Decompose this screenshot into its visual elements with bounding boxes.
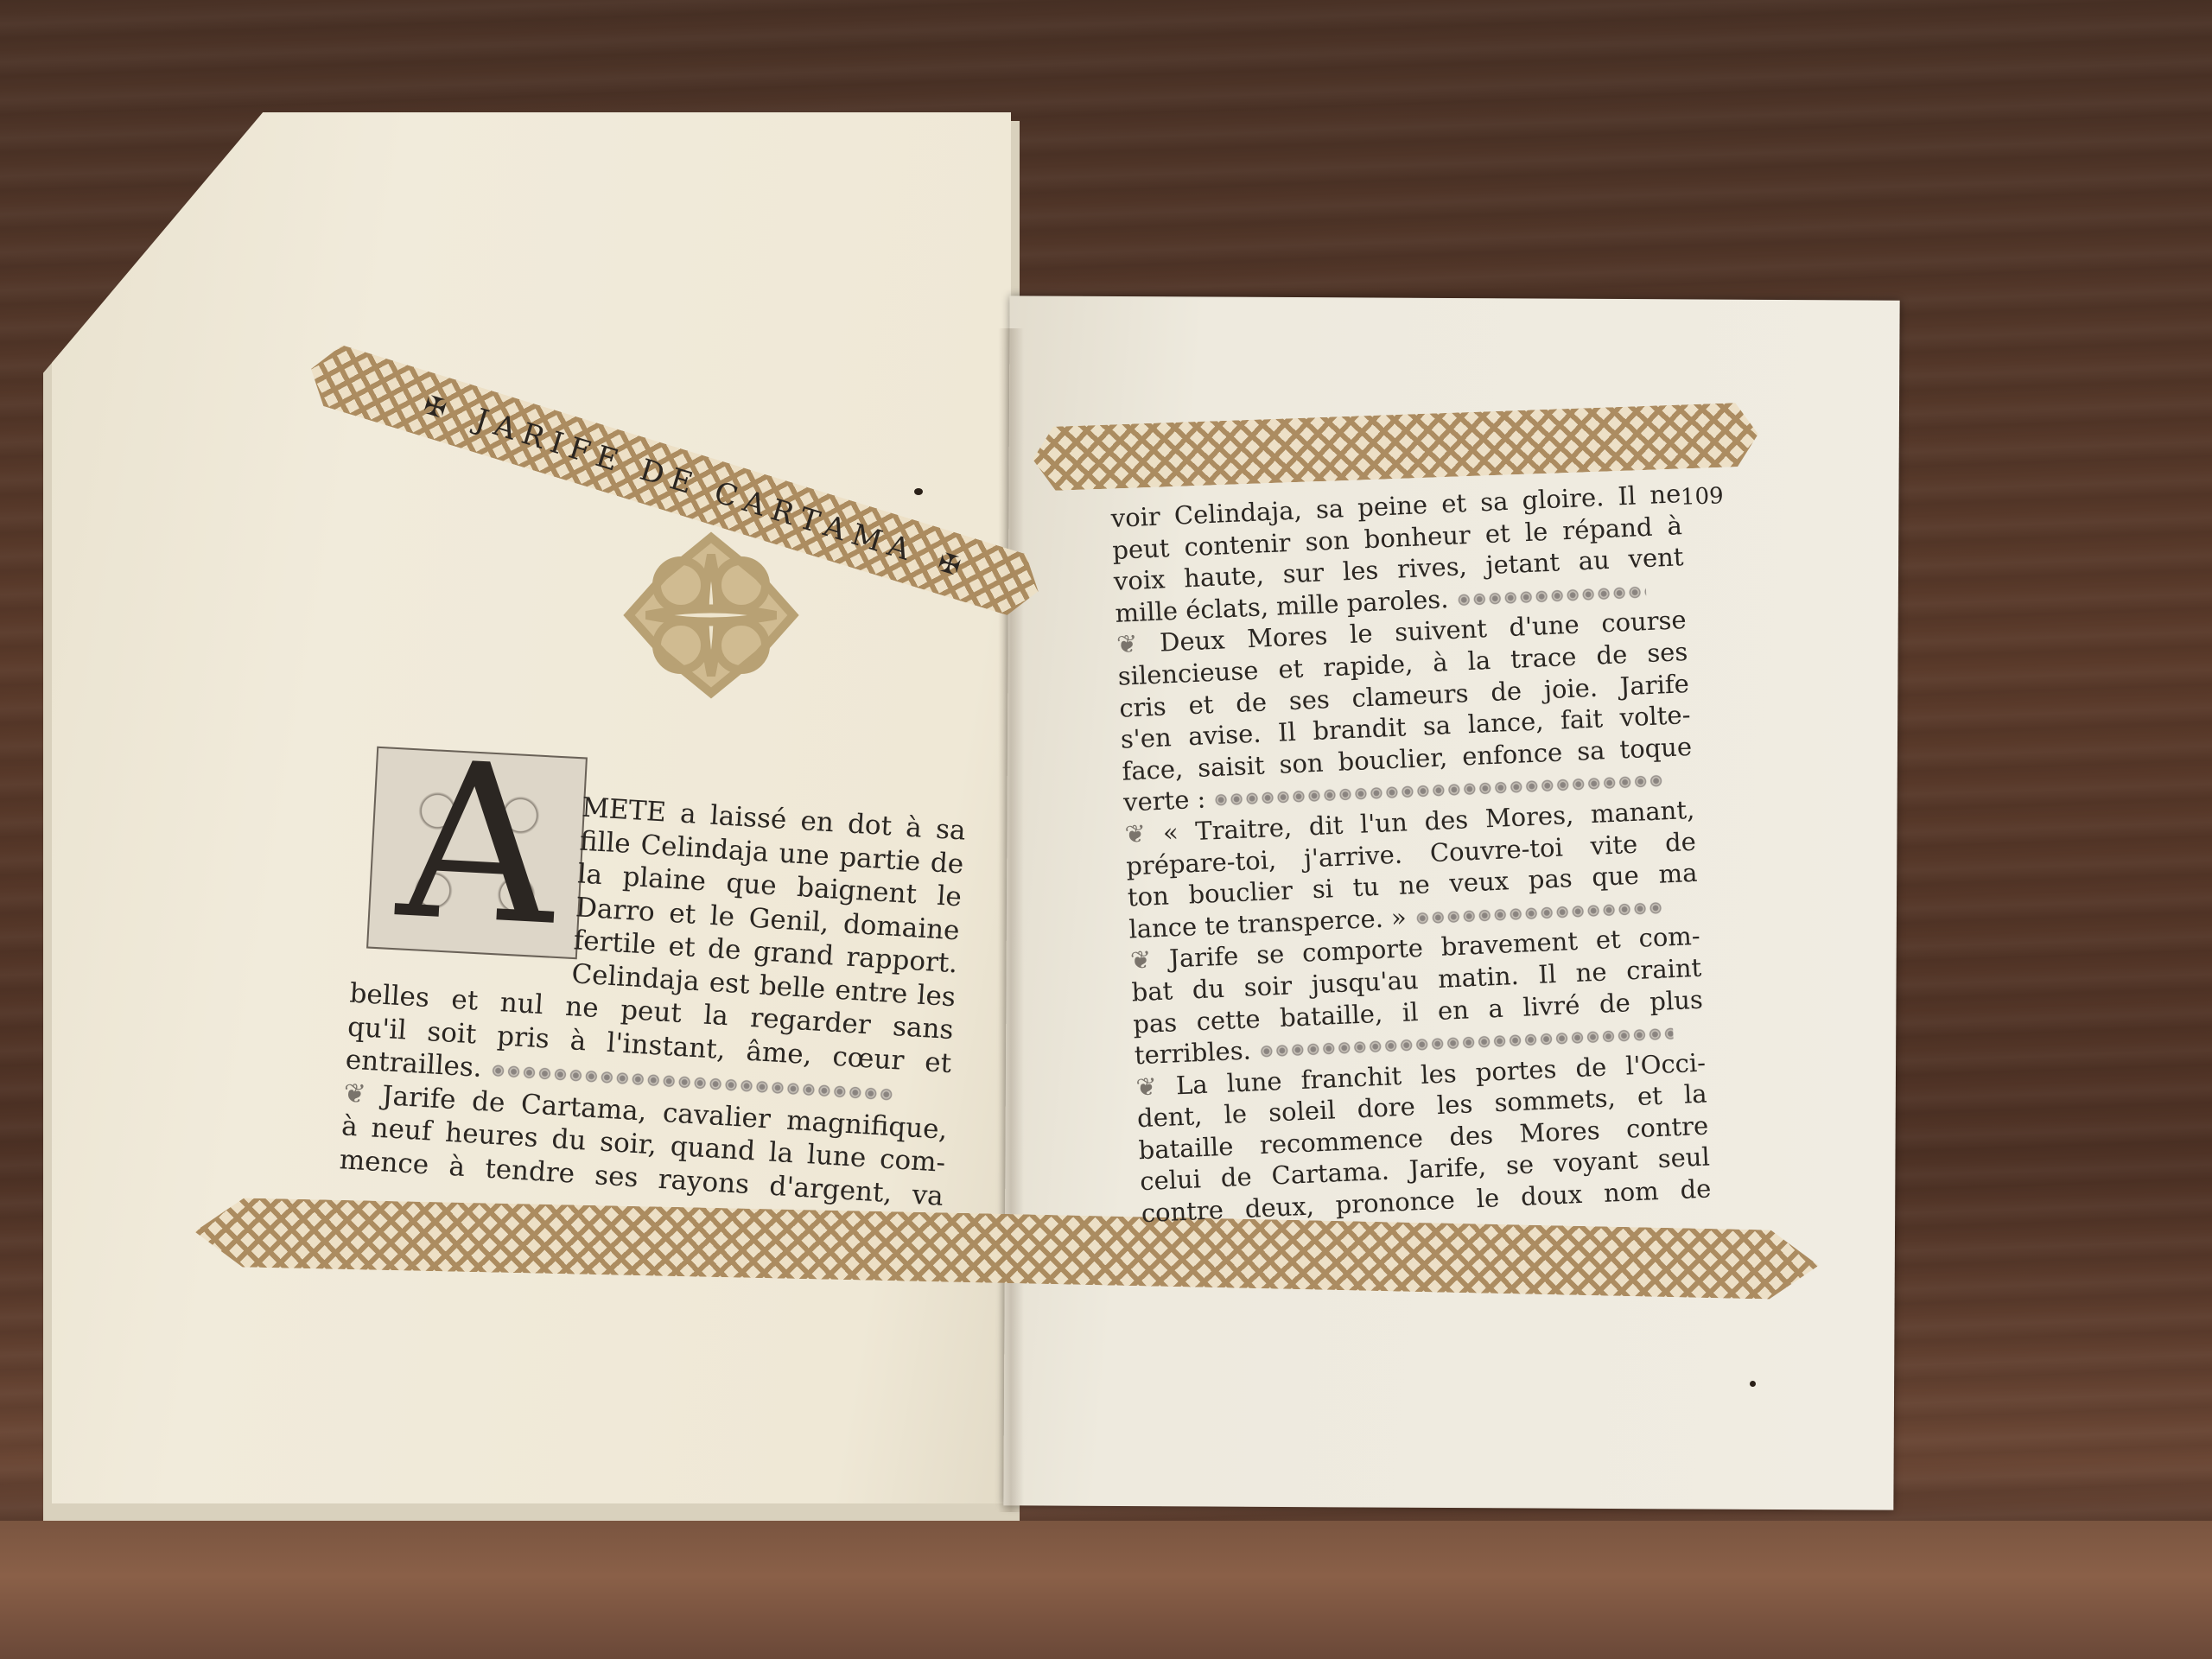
right-page-text: voir Celindaja, sa peine et sa gloire. I… bbox=[1110, 478, 1712, 1230]
page-number: 109 bbox=[1680, 483, 1724, 511]
rosette-ornament-icon bbox=[620, 529, 802, 702]
paragraph-mark-icon: ❦ bbox=[1129, 945, 1152, 976]
open-book: ✠ JARIFE DE CARTAMA ✠ A METE a laissé en… bbox=[0, 0, 2212, 1659]
scroll-rule-ornament bbox=[1456, 584, 1647, 608]
left-page-text: METE a laissé en dot à sa fille Celindaj… bbox=[339, 778, 967, 1213]
paragraph-mark-icon: ❦ bbox=[343, 1077, 367, 1110]
paragraph-mark-icon: ❦ bbox=[1135, 1071, 1158, 1102]
ink-speck bbox=[914, 488, 923, 495]
paragraph-mark-icon: ❦ bbox=[1116, 629, 1138, 659]
ink-speck bbox=[1750, 1381, 1756, 1387]
paragraph-mark-icon: ❦ bbox=[1124, 819, 1147, 849]
text-fragment: terribles. bbox=[1134, 1036, 1251, 1071]
scroll-rule-ornament bbox=[1414, 899, 1666, 926]
book-gutter bbox=[998, 328, 1024, 1512]
text-fragment: verte : bbox=[1122, 785, 1206, 817]
